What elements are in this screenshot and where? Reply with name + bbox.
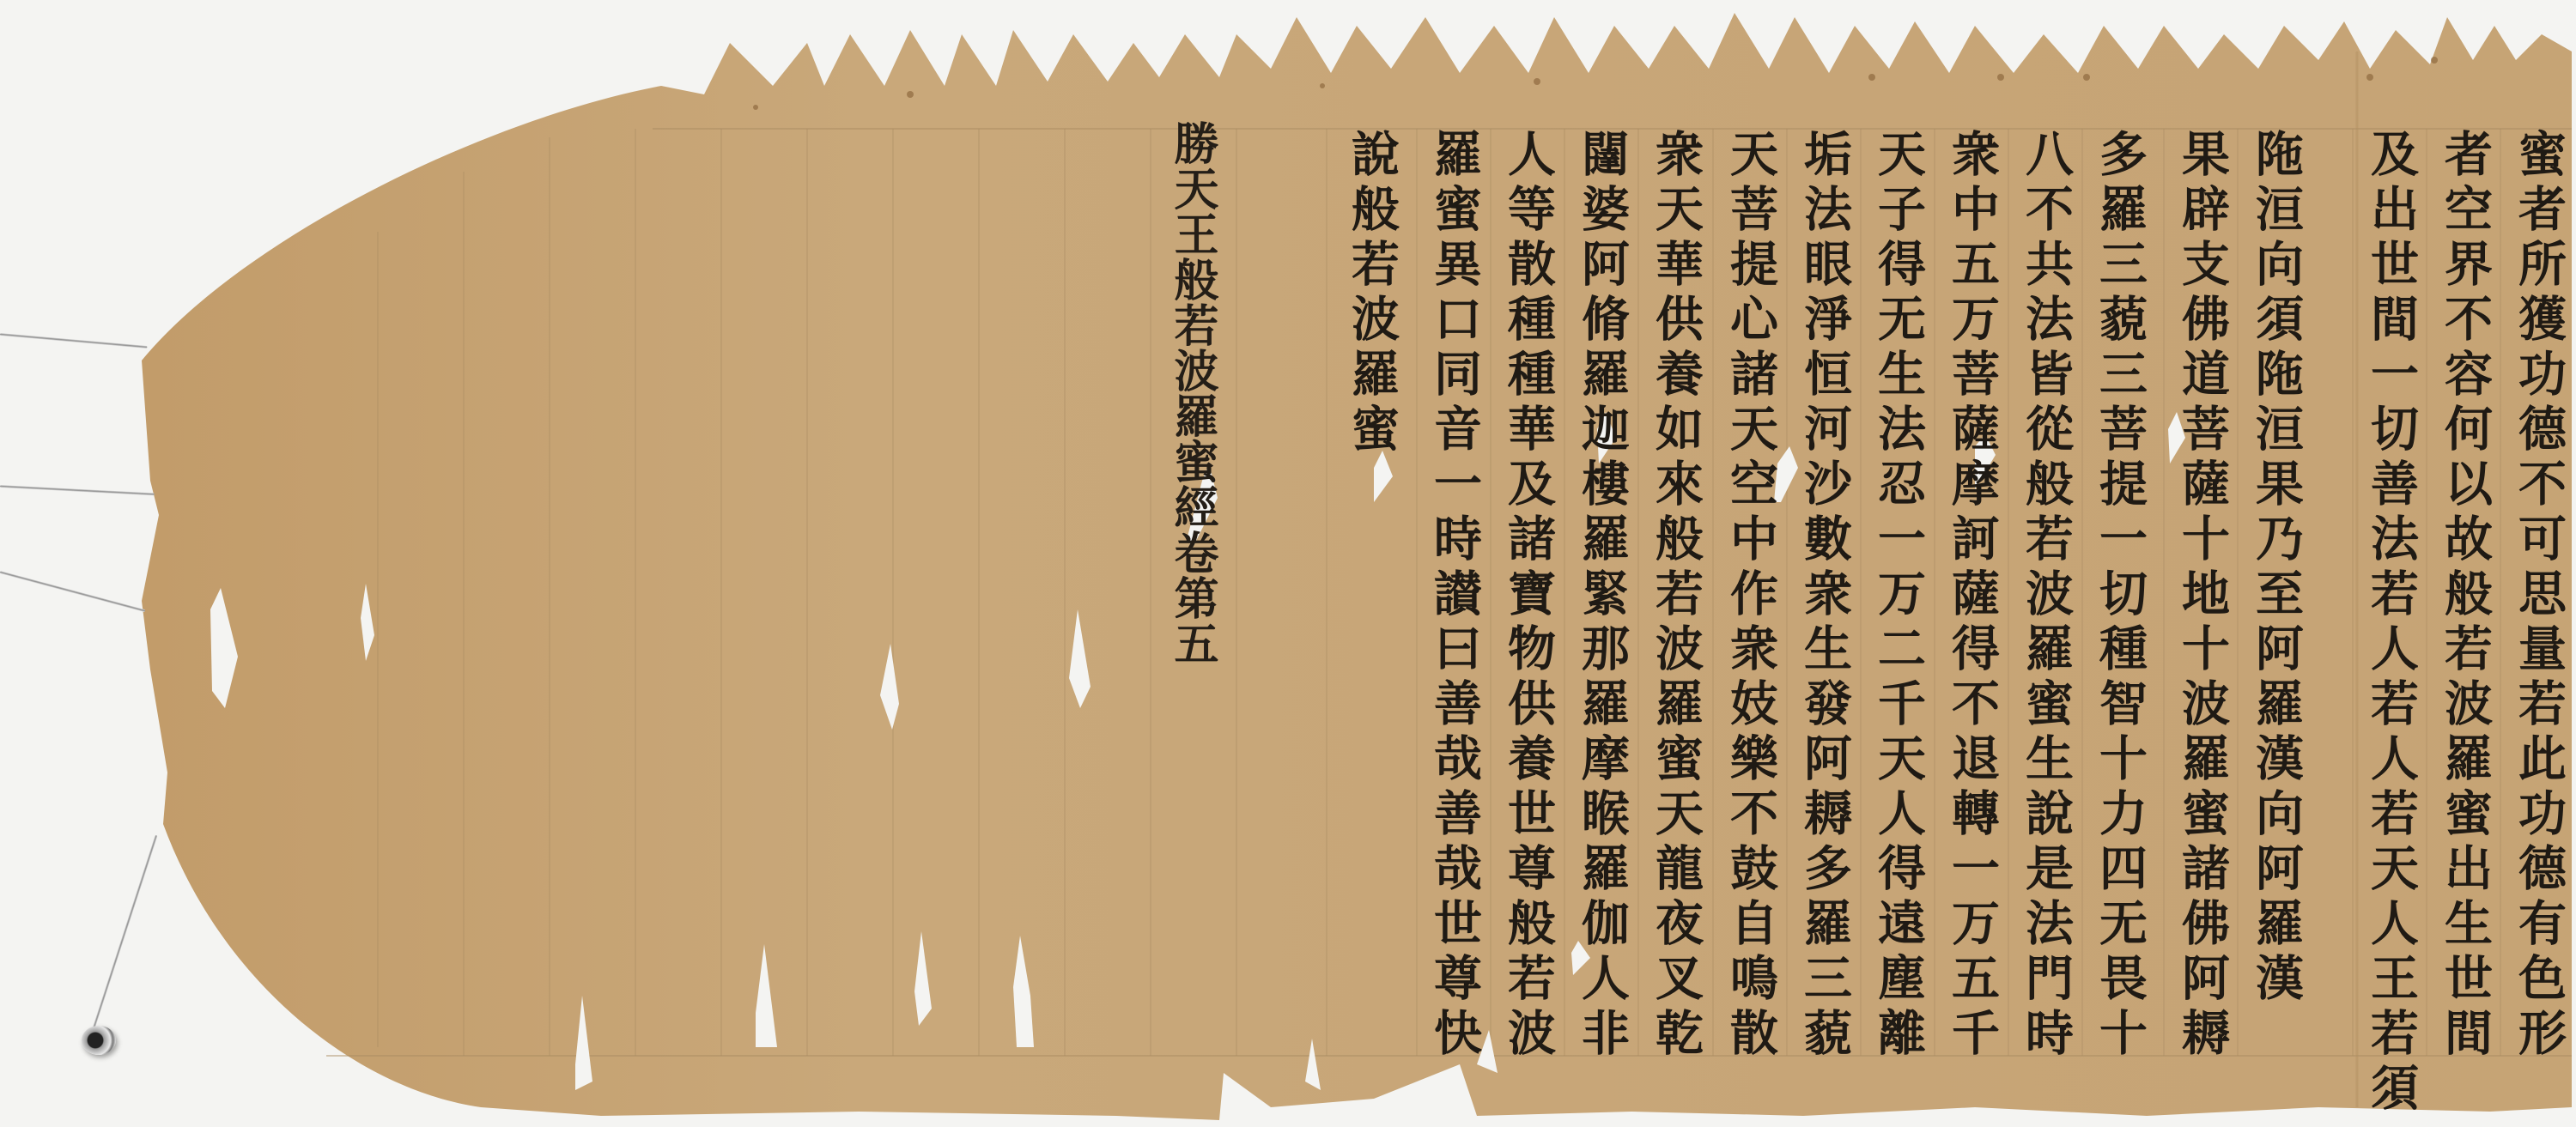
text-column: 闥婆阿脩羅迦樓羅緊那羅摩睺羅伽人非 <box>1572 129 1632 1063</box>
text-column: 說般若波羅蜜 <box>1342 129 1402 458</box>
text-column: 天子得无生法忍一万二千天人得遠塵離 <box>1868 129 1929 1063</box>
text-column: 果辟支佛道菩薩十地十波羅蜜諸佛阿耨 <box>2172 129 2233 1063</box>
sutra-title-column: 勝天王般若波羅蜜經卷第五 <box>1162 120 1222 666</box>
scroll-photo: 蜜者所獲功德不可思量若此功德有色形 者空界不容何以故般若波羅蜜出生世間 及出世間… <box>0 0 2576 1127</box>
text-column: 垢法眼淨恒河沙數衆生發阿耨多羅三藐 <box>1795 129 1855 1063</box>
text-column: 八不共法皆從般若波羅蜜生說是法門時 <box>2016 129 2076 1063</box>
text-column: 衆中五万菩薩摩訶薩得不退轉一万五千 <box>1942 129 2002 1063</box>
text-column: 多羅三藐三菩提一切種智十力四无畏十 <box>2090 129 2150 1063</box>
text-column: 衆天華供養如來般若波羅蜜天龍夜叉乾 <box>1646 129 1706 1063</box>
text-column: 陁洹向須陁洹果乃至阿羅漢向阿羅漢 <box>2246 129 2306 1008</box>
text-column: 羅蜜異口同音一時讃曰善哉善哉世尊快 <box>1425 129 1485 1063</box>
text-column: 者空界不容何以故般若波羅蜜出生世間 <box>2435 129 2495 1063</box>
text-column: 蜜者所獲功德不可思量若此功德有色形 <box>2509 129 2569 1063</box>
text-column: 及出世間一切善法若人若人若天人王若須 <box>2361 129 2421 1118</box>
text-column: 天菩提心諸天空中作衆妓樂不鼓自鳴散 <box>1721 129 1781 1063</box>
text-column: 人等散種種華及諸寶物供養世尊般若波 <box>1498 129 1558 1063</box>
pin-head <box>82 1026 116 1055</box>
